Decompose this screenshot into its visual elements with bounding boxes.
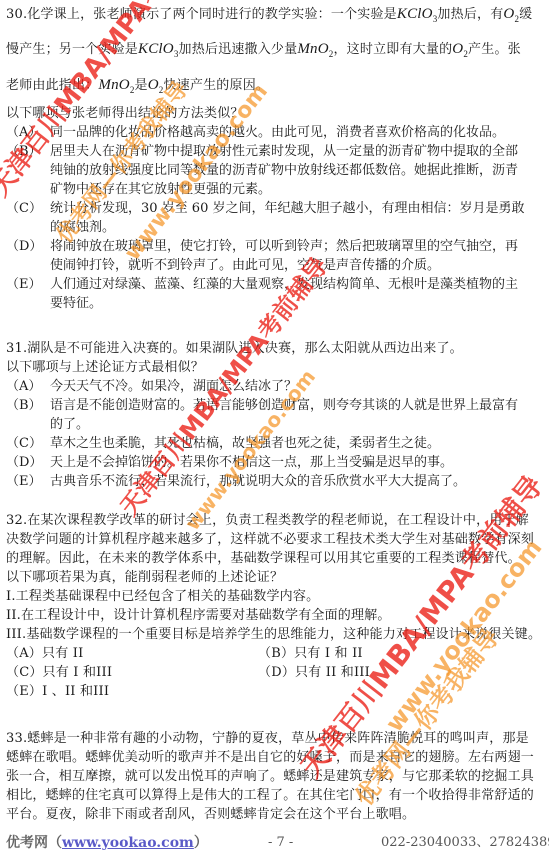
q30-option-e-text: 人们通过对绿藻、蓝藻、红藻的大量观察，发现结构简单、无根叶是藻类植物的主 bbox=[50, 276, 518, 294]
q31-option-c-label: （C） bbox=[6, 435, 42, 453]
q31-option-a-text: 今天天气不冷。如果冷，湖面怎么结冰了？ bbox=[50, 378, 297, 396]
q30-option-a-label: （A） bbox=[6, 124, 41, 142]
q31-stem: 以下哪项与上述论证方式最相似？ bbox=[6, 359, 204, 377]
q33-line-4: 相比，蟋蟀的住宅真可以算得上是伟大的工程了。在其住宅门口，有一个收拾得非常舒适的 bbox=[6, 787, 534, 805]
formula-kclo3: KClO3 bbox=[138, 41, 179, 57]
formula-mno2: MnO2 bbox=[98, 77, 134, 93]
q30-option-d-label: （D） bbox=[6, 238, 42, 256]
q31-option-e-label: （E） bbox=[6, 473, 42, 491]
q30-option-d-text: 将闹钟放在玻璃罩里，使它打铃，可以听到铃声；然后把玻璃罩里的空气抽空，再 bbox=[50, 238, 518, 256]
q32-line-1: 32.在某次课程教学改革的研讨会上，负责工程类教学的程老师说，在工程设计中，用于… bbox=[6, 512, 529, 530]
q30-line-2: 慢产生；另一个实验是KClO3加热后迅速撒入少量MnO2，这时立即有大量的O2产… bbox=[6, 40, 521, 63]
q33-line-3: 张一合，相互摩擦，就可以发出悦耳的声响了。蟋蟀还是建筑专家，与它那柔软的挖掘工具 bbox=[6, 768, 534, 786]
q32-stem: 以下哪项若果为真，能削弱程老师的上述论证？ bbox=[6, 569, 283, 587]
q32-option-d: （D）只有 II 和III bbox=[258, 664, 370, 682]
formula-kclo3: KClO3 bbox=[397, 6, 438, 22]
q31-option-b-label: （B） bbox=[6, 397, 42, 415]
footer-phone: 022-23040033、27824389 bbox=[381, 832, 549, 854]
q30-text: 快速产生的原因。 bbox=[164, 78, 270, 93]
q32-statement-2: II.在工程设计中，设计计算机程序需要对基础数学有全面的理解。 bbox=[6, 607, 391, 625]
q30-option-c-label: （C） bbox=[6, 200, 42, 218]
q31-option-e-text: 古典音乐不流行，若果流行，那就说明大众的音乐欣赏水平大大提高了。 bbox=[50, 473, 466, 491]
q30-option-d-text: 使闹钟打铃，就听不到铃声了。由此可见，空气是声音传播的介质。 bbox=[50, 257, 440, 275]
q30-option-b-text: 矿物中还存在其它放射性更强的元素。 bbox=[50, 181, 271, 199]
q32-statement-1: I.工程类基础课程中已经包含了相关的基础数学内容。 bbox=[6, 588, 319, 606]
q30-option-c-text: 统计分析发现，30 岁至 60 岁之间，年纪越大胆子越小，有理由相信：岁月是勇敢 bbox=[50, 200, 524, 218]
formula-o2: O2 bbox=[148, 77, 164, 93]
q30-text: 慢产生；另一个实验是 bbox=[6, 42, 138, 57]
q30-text: 是 bbox=[135, 78, 148, 93]
formula-o2: O2 bbox=[503, 6, 519, 22]
q31-option-a-label: （A） bbox=[6, 378, 41, 396]
q30-option-b-label: （B） bbox=[6, 143, 42, 161]
footer-link[interactable]: www.yookao.com bbox=[62, 835, 194, 851]
q32-option-c: （C）只有 I 和III bbox=[6, 664, 112, 682]
q33-line-1: 33.蟋蟀是一种非常有趣的小动物，宁静的夏夜，草丛中传来阵阵清脆悦耳的鸣叫声，那… bbox=[6, 730, 529, 748]
q32-line-2: 决数学问题的计算机程序越来越多了，这样就不必要求工程技术类大学生对基础数学有深刻 bbox=[6, 531, 534, 549]
q30-text: 产生。张 bbox=[468, 42, 521, 57]
q32-option-e: （E）I 、II 和III bbox=[6, 683, 109, 701]
q30-text: 30.化学课上，张老师演示了两个同时进行的教学实验：一个实验是 bbox=[6, 7, 397, 22]
q30-stem: 以下哪项与张老师得出结论的方法类似？ bbox=[6, 105, 244, 123]
q30-text: 加热后，有 bbox=[437, 7, 503, 22]
q32-line-3: 的理解。因此，在未来的教学体系中，基础数学课程可以用其它重要的工程类课程替代。 bbox=[6, 550, 521, 568]
q31-option-d-label: （D） bbox=[6, 454, 42, 472]
q31-option-d-text: 天上是不会掉馅饼的。若果你不相信这一点，那上当受骗是迟早的事。 bbox=[50, 454, 453, 472]
exam-page: 30.化学课上，张老师演示了两个同时进行的教学实验：一个实验是KClO3加热后，… bbox=[0, 0, 549, 856]
q30-line-3: 老师由此指出：MnO2是O2快速产生的原因。 bbox=[6, 76, 269, 99]
formula-o2: O2 bbox=[452, 41, 468, 57]
formula-mno2: MnO2 bbox=[297, 41, 333, 57]
q30-text: ，这时立即有大量的 bbox=[333, 42, 452, 57]
q30-option-b-text: 纯铀的放射线强度比同等数量的沥青矿物中放射线还都低数倍。她据此推断，沥青 bbox=[50, 162, 518, 180]
q32-statement-3: III.基础数学课程的一个重要目标是培养学生的思维能力，这种能力对工程设计来说很… bbox=[6, 626, 541, 644]
q30-option-a-text: 同一品牌的化妆品价格越高卖的越火。由此可见，消费者喜欢价格高的化妆品。 bbox=[50, 124, 505, 142]
q33-line-2: 蟋蟀在歌唱。蟋蟀优美动听的歌声并不是出自它的好嗓子，而是来自它的翅膀。左右两翅一 bbox=[6, 749, 534, 767]
q31-line-1: 31.湖队是不可能进入决赛的。如果湖队进入决赛，那么太阳就从西边出来了。 bbox=[6, 340, 463, 358]
q30-text: 老师由此指出： bbox=[6, 78, 98, 93]
q31-option-c-text: 草木之生也柔脆，其死也枯槁，故坚强者也死之徒，柔弱者生之徒。 bbox=[50, 435, 440, 453]
q33-line-5: 平台。夏夜，除非下雨或者刮风，否则蟋蟀肯定会在这个平台上歌唱。 bbox=[6, 806, 415, 824]
q30-option-c-text: 的腐蚀剂。 bbox=[50, 219, 115, 237]
footer-brand: 优考网（www.yookao.com） bbox=[6, 832, 208, 854]
page-number: - 7 - bbox=[268, 832, 293, 854]
q32-option-b: （B）只有 I 和 II bbox=[258, 645, 363, 663]
q31-option-b-text: 语言是不能创造财富的。若语言能够创造财富，则夸夸其谈的人就是世界上最富有 bbox=[50, 397, 518, 415]
q31-option-b-text: 的了。 bbox=[50, 416, 89, 434]
q30-line-1: 30.化学课上，张老师演示了两个同时进行的教学实验：一个实验是KClO3加热后，… bbox=[6, 5, 532, 28]
q30-option-e-label: （E） bbox=[6, 276, 42, 294]
q30-option-b-text: 居里夫人在沥青矿物中提取放射性元素时发现，从一定量的沥青矿物中提取的全部 bbox=[50, 143, 518, 161]
q30-option-e-text: 要特征。 bbox=[50, 295, 102, 313]
q32-option-a: （A）只有 II bbox=[6, 645, 83, 663]
q30-text: 加热后迅速撒入少量 bbox=[179, 42, 298, 57]
q30-text: 缓 bbox=[519, 7, 532, 22]
